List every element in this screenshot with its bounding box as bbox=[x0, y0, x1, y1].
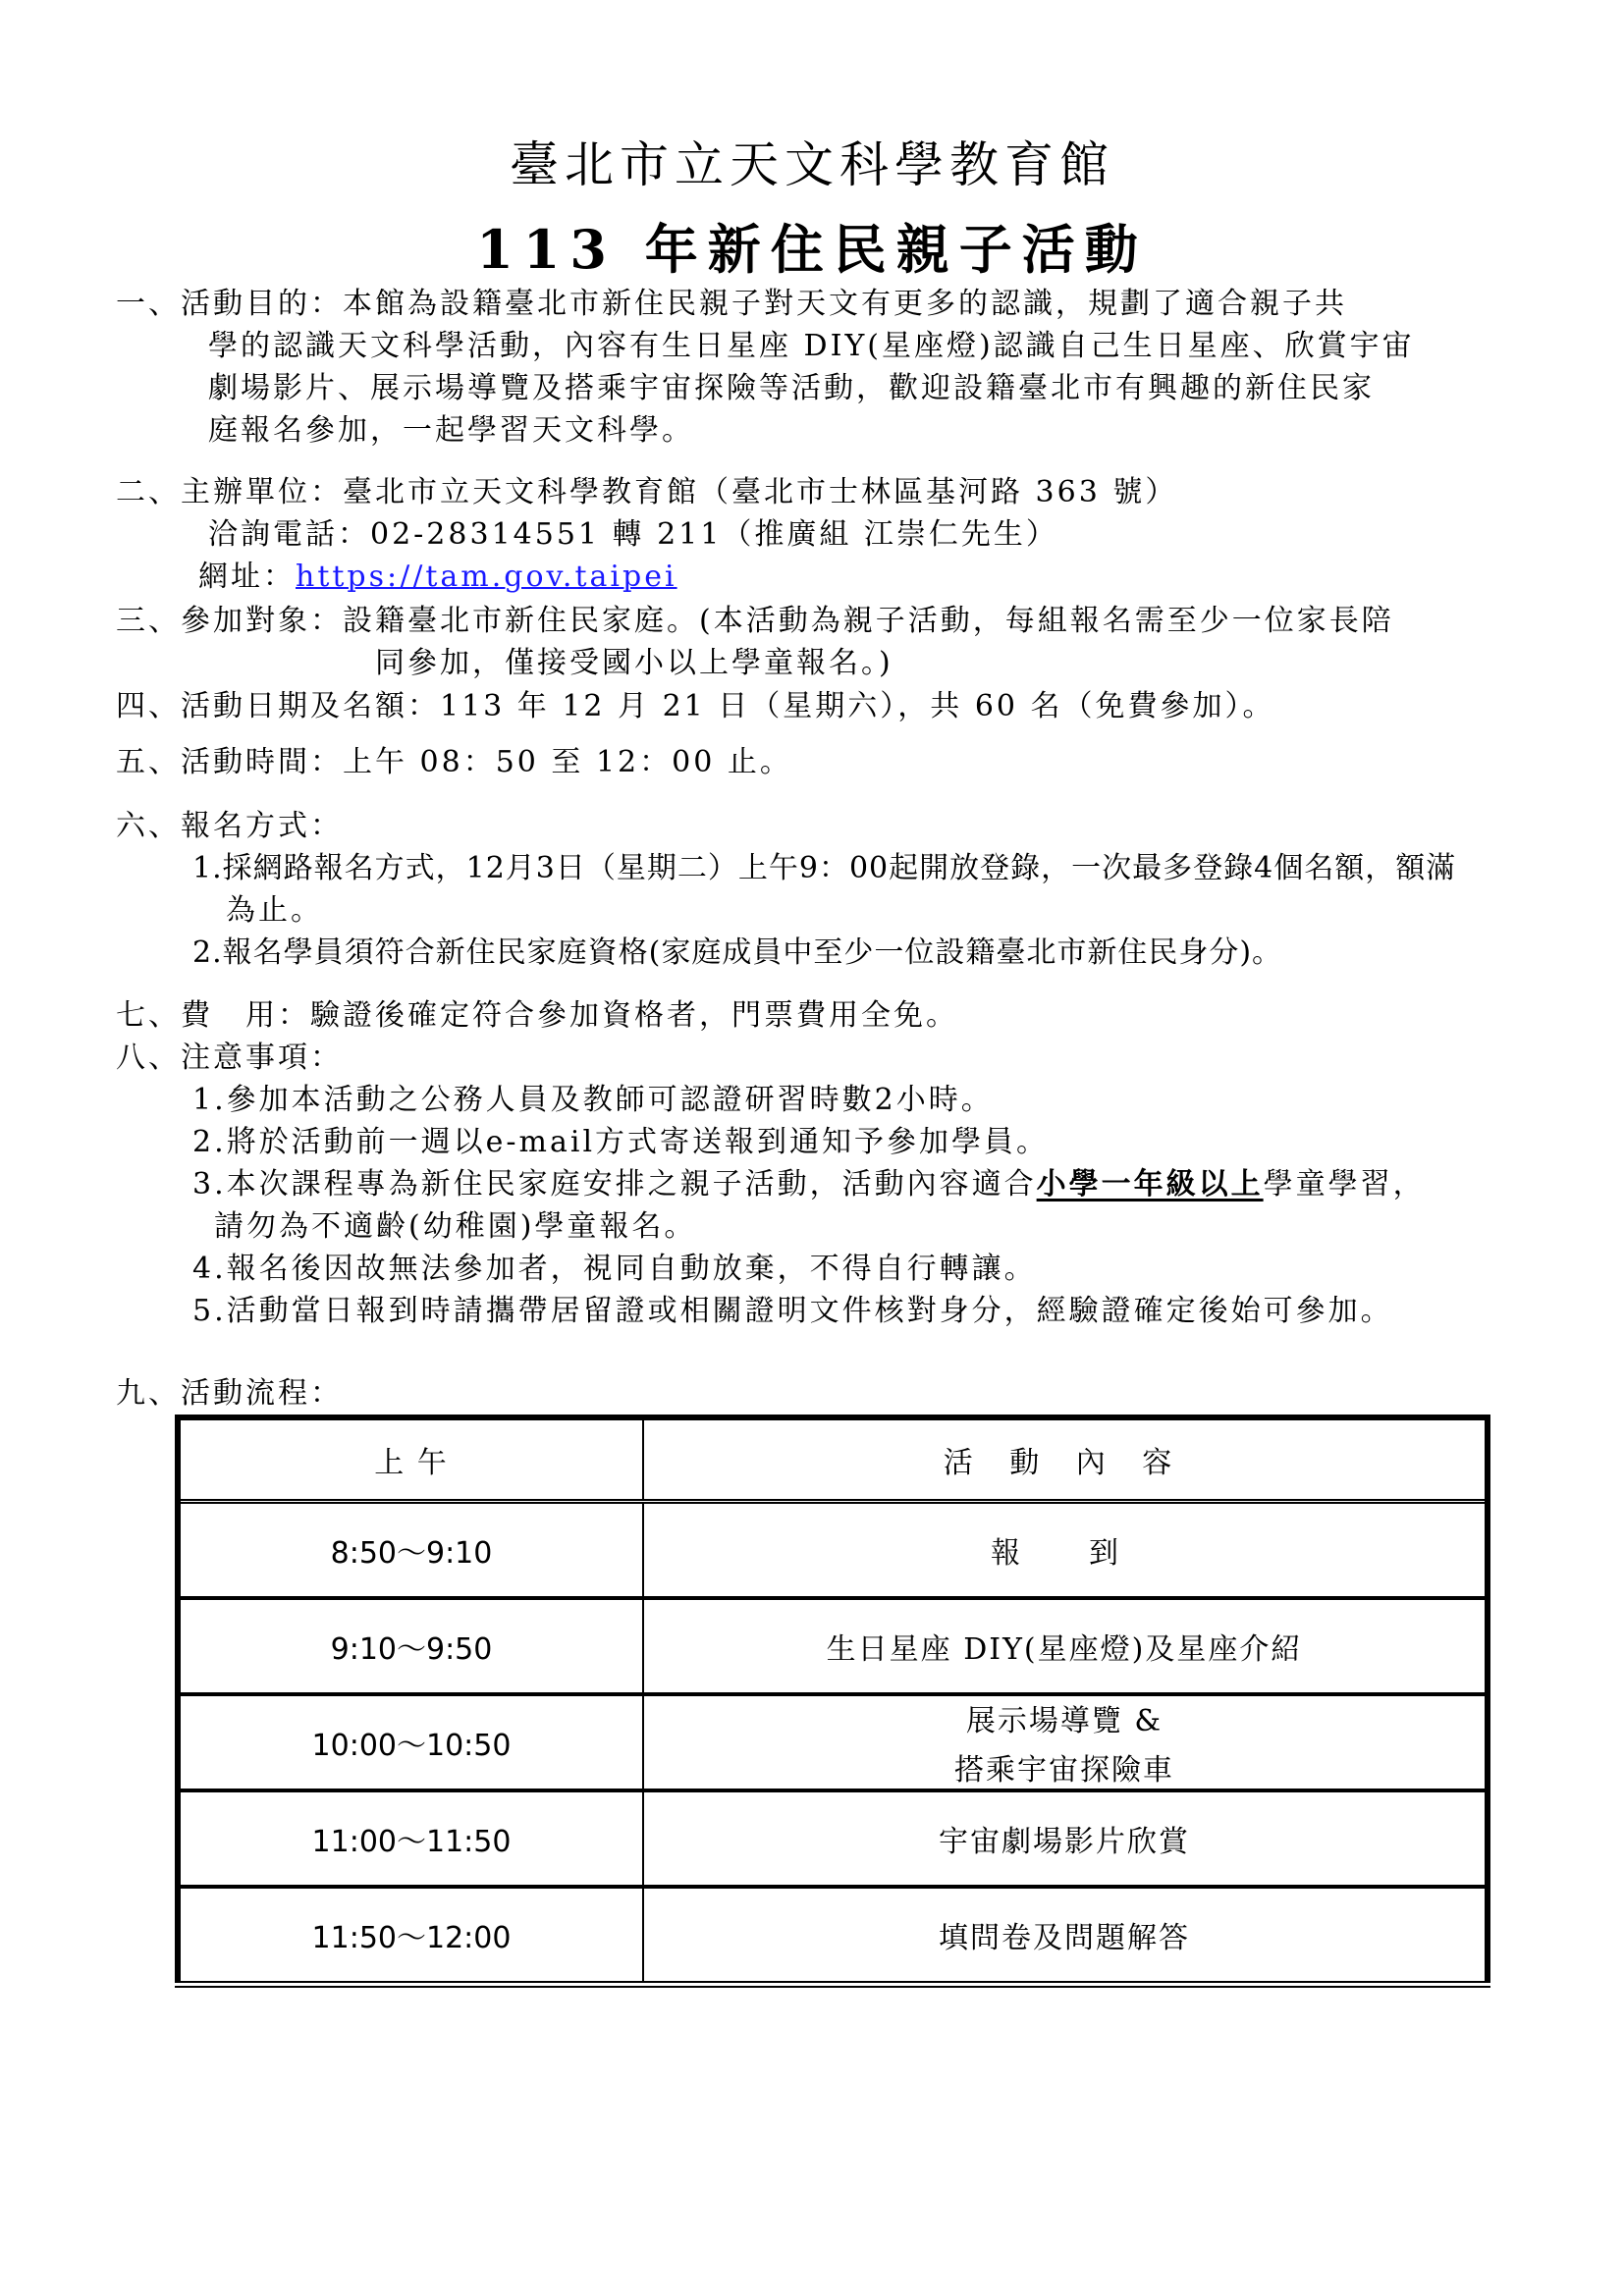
organizer-line: 二、主辦單位：臺北市立天文科學教育館（臺北市士林區基河路 363 號） bbox=[116, 473, 1177, 512]
organizer-label: 二、主辦單位： bbox=[116, 475, 343, 509]
time-label: 五、活動時間： bbox=[116, 745, 343, 779]
website-link[interactable]: https://tam.gov.taipei bbox=[296, 560, 677, 594]
registration-item-2: 2.報名學員須符合新住民家庭資格(家庭成員中至少一位設籍臺北市新住民身分)。 bbox=[192, 934, 1282, 973]
notes-item-3-before: 3.本次課程專為新住民家庭安排之親子活動，活動內容適合 bbox=[192, 1167, 1037, 1201]
notes-item-3-emphasis: 小學一年級以上 bbox=[1037, 1167, 1264, 1201]
schedule-content: 宇宙劇場影片欣賞 bbox=[643, 1790, 1488, 1887]
schedule-content-line-2: 搭乘宇宙探險車 bbox=[644, 1745, 1485, 1789]
date-quota-label: 四、活動日期及名額： bbox=[116, 689, 440, 723]
purpose-line-1: 一、活動目的：本館為設籍臺北市新住民親子對天文有更多的認識，規劃了適合親子共 bbox=[116, 285, 1347, 324]
schedule-time: 9:10～9:50 bbox=[178, 1598, 643, 1694]
notes-label: 八、注意事項： bbox=[116, 1039, 343, 1078]
date-quota-value: 113 年 12 月 21 日（星期六），共 60 名（免費參加）。 bbox=[440, 689, 1275, 723]
notes-item-3: 3.本次課程專為新住民家庭安排之親子活動，活動內容適合小學一年級以上學童學習， bbox=[192, 1165, 1426, 1204]
purpose-text-1: 本館為設籍臺北市新住民親子對天文有更多的認識，規劃了適合親子共 bbox=[343, 287, 1347, 321]
schedule-header-row: 上 午 活 動 內 容 bbox=[178, 1417, 1488, 1502]
notes-item-3-after: 學童學習， bbox=[1264, 1167, 1426, 1201]
fee-value: 驗證後確定符合參加資格者，門票費用全免。 bbox=[310, 998, 958, 1033]
header-activity-content: 活 動 內 容 bbox=[643, 1417, 1488, 1502]
date-quota-line: 四、活動日期及名額：113 年 12 月 21 日（星期六），共 60 名（免費… bbox=[116, 687, 1275, 726]
notes-item-1: 1.參加本活動之公務人員及教師可認證研習時數2小時。 bbox=[192, 1081, 994, 1120]
participants-label: 三、參加對象： bbox=[116, 604, 343, 638]
header-morning: 上 午 bbox=[178, 1417, 643, 1502]
phone-value: 02-28314551 轉 211（推廣組 江崇仁先生） bbox=[370, 517, 1058, 552]
schedule-label: 九、活動流程： bbox=[116, 1374, 343, 1414]
registration-item-1: 1.採網路報名方式，12月3日（星期二）上午9：00起開放登錄，一次最多登錄4個… bbox=[192, 849, 1456, 888]
schedule-row: 10:00～10:50 展示場導覽 & 搭乘宇宙探險車 bbox=[178, 1694, 1488, 1790]
schedule-time: 11:50～12:00 bbox=[178, 1887, 643, 1985]
registration-item-1-cont: 為止。 bbox=[226, 891, 323, 931]
website-line: 網址：https://tam.gov.taipei bbox=[198, 558, 677, 597]
schedule-time: 11:00～11:50 bbox=[178, 1790, 643, 1887]
time-line: 五、活動時間：上午 08：50 至 12：00 止。 bbox=[116, 743, 792, 782]
notes-item-4: 4.報名後因故無法參加者，視同自動放棄，不得自行轉讓。 bbox=[192, 1250, 1037, 1289]
schedule-time: 10:00～10:50 bbox=[178, 1694, 643, 1790]
schedule-content-text: 報 到 bbox=[991, 1536, 1138, 1571]
participants-text-1: 設籍臺北市新住民家庭。(本活動為親子活動，每組報名需至少一位家長陪 bbox=[343, 604, 1394, 638]
schedule-table: 上 午 活 動 內 容 8:50～9:10 報 到 9:10～9:50 生日星座… bbox=[175, 1415, 1490, 1988]
schedule-content: 報 到 bbox=[643, 1502, 1488, 1599]
schedule-content: 展示場導覽 & 搭乘宇宙探險車 bbox=[643, 1694, 1488, 1790]
website-label: 網址： bbox=[198, 560, 296, 594]
schedule-content: 生日星座 DIY(星座燈)及星座介紹 bbox=[643, 1598, 1488, 1694]
purpose-text-4: 庭報名參加，一起學習天文科學。 bbox=[208, 411, 694, 451]
time-value: 上午 08：50 至 12：00 止。 bbox=[343, 745, 792, 779]
purpose-text-2: 學的認識天文科學活動，內容有生日星座 DIY(星座燈)認識自己生日星座、欣賞宇宙 bbox=[208, 327, 1415, 366]
schedule-content-line-1: 展示場導覽 & bbox=[644, 1696, 1485, 1739]
phone-line: 洽詢電話：02-28314551 轉 211（推廣組 江崇仁先生） bbox=[208, 515, 1058, 555]
organizer-value: 臺北市立天文科學教育館（臺北市士林區基河路 363 號） bbox=[343, 475, 1177, 509]
event-title: 113 年新住民親子活動 bbox=[0, 218, 1624, 281]
notes-item-5: 5.活動當日報到時請攜帶居留證或相關證明文件核對身分，經驗證確定後始可參加。 bbox=[192, 1292, 1393, 1331]
schedule-row: 11:50～12:00 填問卷及問題解答 bbox=[178, 1887, 1488, 1985]
schedule-row: 8:50～9:10 報 到 bbox=[178, 1502, 1488, 1599]
notes-item-2: 2.將於活動前一週以e-mail方式寄送報到通知予參加學員。 bbox=[192, 1123, 1049, 1162]
participants-line-1: 三、參加對象：設籍臺北市新住民家庭。(本活動為親子活動，每組報名需至少一位家長陪 bbox=[116, 602, 1394, 641]
schedule-row: 11:00～11:50 宇宙劇場影片欣賞 bbox=[178, 1790, 1488, 1887]
schedule-row: 9:10～9:50 生日星座 DIY(星座燈)及星座介紹 bbox=[178, 1598, 1488, 1694]
schedule-time: 8:50～9:10 bbox=[178, 1502, 643, 1599]
purpose-text-3: 劇場影片、展示場導覽及搭乘宇宙探險等活動，歡迎設籍臺北市有興趣的新住民家 bbox=[208, 369, 1375, 408]
fee-line: 七、費 用：驗證後確定符合參加資格者，門票費用全免。 bbox=[116, 996, 958, 1036]
schedule-content: 填問卷及問題解答 bbox=[643, 1887, 1488, 1985]
phone-label: 洽詢電話： bbox=[208, 517, 370, 552]
notes-item-3-cont: 請勿為不適齡(幼稚園)學童報名。 bbox=[214, 1207, 696, 1247]
registration-label: 六、報名方式： bbox=[116, 807, 343, 846]
org-title: 臺北市立天文科學教育館 bbox=[0, 135, 1624, 194]
purpose-label: 一、活動目的： bbox=[116, 287, 343, 321]
participants-text-2: 同參加，僅接受國小以上學童報名。) bbox=[375, 644, 893, 683]
fee-label: 七、費 用： bbox=[116, 998, 310, 1033]
